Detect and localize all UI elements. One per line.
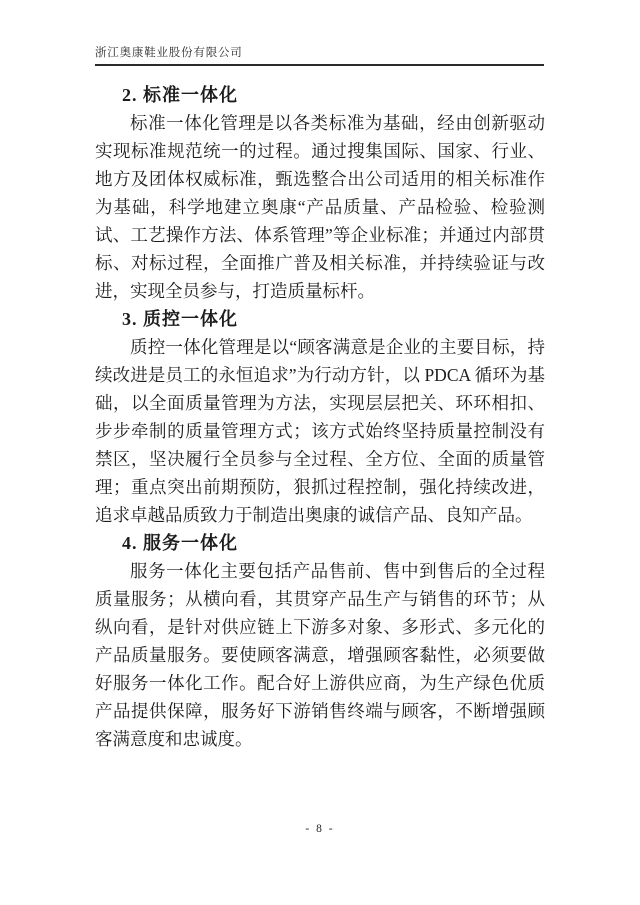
document-page: 浙江奥康鞋业股份有限公司 2. 标准一体化 标准一体化管理是以各类标准为基础，经… [0,0,640,905]
section-heading-quality-control-integration: 3. 质控一体化 [95,305,545,333]
page-number: - 8 - [305,823,334,835]
section-paragraph-quality-control-integration: 质控一体化管理是以“顾客满意是企业的主要目标，持续改进是员工的永恒追求”为行动方… [95,333,545,529]
section-paragraph-standard-integration: 标准一体化管理是以各类标准为基础，经由创新驱动实现标准规范统一的过程。通过搜集国… [95,109,545,305]
company-name: 浙江奥康鞋业股份有限公司 [95,44,544,64]
document-body: 2. 标准一体化 标准一体化管理是以各类标准为基础，经由创新驱动实现标准规范统一… [95,81,545,753]
section-paragraph-service-integration: 服务一体化主要包括产品售前、售中到售后的全过程质量服务；从横向看，其贯穿产品生产… [95,557,545,753]
header-rule [95,64,544,66]
section-heading-service-integration: 4. 服务一体化 [95,529,545,557]
section-heading-standard-integration: 2. 标准一体化 [95,81,545,109]
page-header: 浙江奥康鞋业股份有限公司 [95,44,544,66]
page-footer: - 8 - [0,823,640,835]
